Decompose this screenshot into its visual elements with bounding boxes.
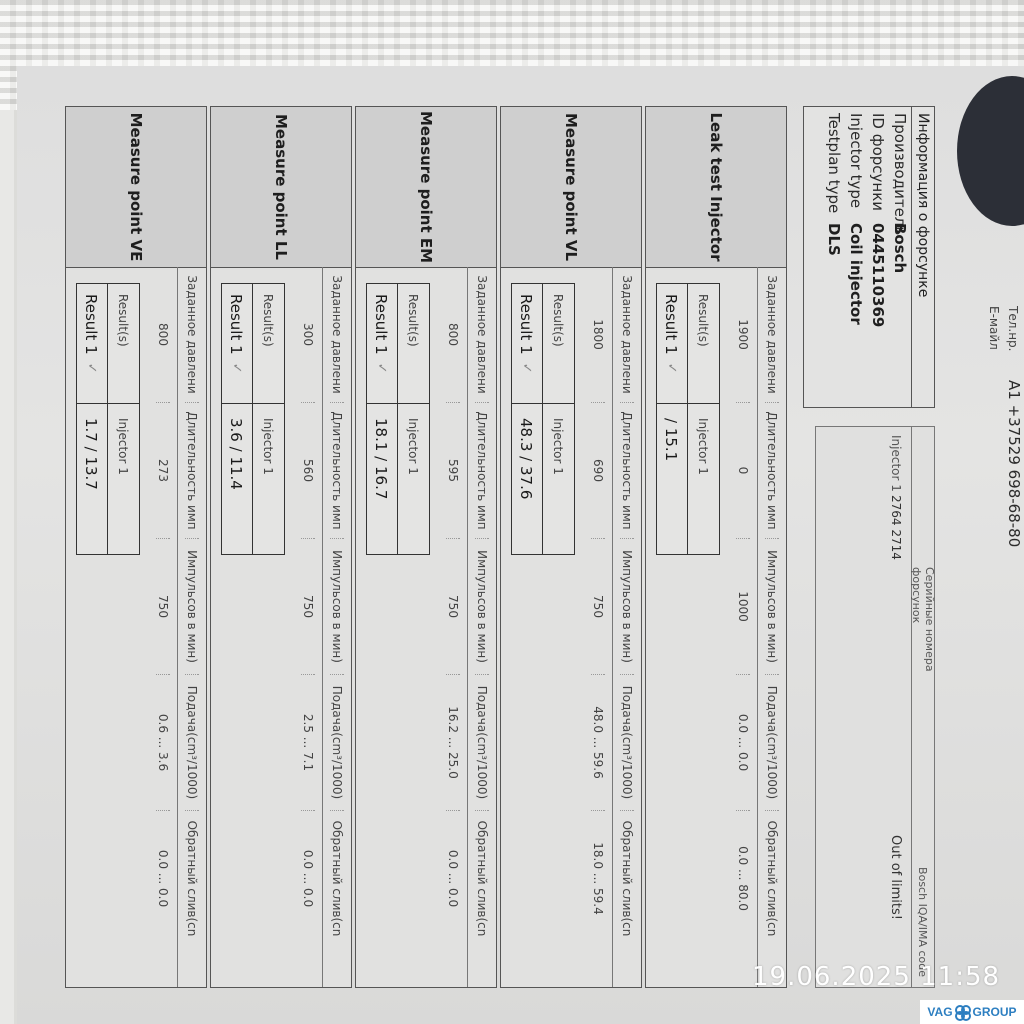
phone-value: A1 +37529 698-68-80 [1005,380,1023,547]
serial-number: 2764 2714 [888,495,903,835]
param-value: 690 [591,403,605,539]
test-parameters: Заданное давлениДлительность импИмпульсо… [581,267,641,987]
param-value: 273 [156,403,170,539]
param-header: Обратный слив(cn [475,811,489,946]
results-table: Result(s) Injector 1 Result 1 ✓ 48.3 / 3… [511,283,575,555]
info-label: Производитель [891,113,909,223]
info-row-injector-type: Injector type Coil injector [845,107,867,407]
results-table: Result(s) Injector 1 Result 1 ✓ 18.1 / 1… [366,283,430,555]
result-label-cell: Result 1 ✓ [656,284,687,404]
watermark-left: VAG [927,1005,952,1019]
param-header: Длительность имп [620,403,634,539]
param-header: Обратный слив(cn [185,811,199,946]
result-value: 1.7 / 13.7 [76,404,107,554]
param-value: 560 [301,403,315,539]
param-value: 0.0 ... 0.0 [301,811,315,946]
injector-info-title: Информация о форсунке [911,107,934,407]
param-value: 595 [446,403,460,539]
param-header: Длительность имп [475,403,489,539]
rings-logo-icon [955,1005,971,1019]
info-row-testplan-type: Testplan type DLS [823,107,845,407]
param-header: Импульсов в мин) [765,539,779,675]
test-section: Measure point VL Заданное давлениДлитель… [500,106,642,988]
param-value: 0.6 ... 3.6 [156,675,170,811]
param-value: 1000 [736,539,750,675]
info-value: DLS [825,223,843,256]
results-header: Result(s) [108,284,139,404]
info-value: Coil injector [847,223,865,325]
result-label-cell: Result 1 ✓ [221,284,252,404]
test-section: Measure point EM Заданное давлениДлитель… [355,106,497,988]
param-header: Импульсов в мин) [330,539,344,675]
param-value: 300 [301,267,315,403]
result-label: Result 1 [663,294,681,355]
info-row-manufacturer: Производитель Bosch [889,107,911,407]
info-label: Testplan type [825,113,843,223]
results-table: Result(s) Injector 1 Result 1 ✓ 1.7 / 13… [76,283,140,555]
photo-timestamp: 19.06.2025 11:58 [752,962,1000,992]
result-label-cell: Result 1 ✓ [366,284,397,404]
serial-numbers-box: Серийные номера форсунок Bosch IQA/IMA c… [815,426,935,988]
param-header: Длительность имп [185,403,199,539]
param-header: Импульсов в мин) [185,539,199,675]
results-header: Result(s) [543,284,574,404]
result-value: / 15.1 [656,404,687,554]
serial-injector-label: Injector 1 [888,435,903,495]
info-label: ID форсунки [869,113,887,223]
results-header: Result(s) [253,284,284,404]
checkmark-icon: ✓ [519,363,534,374]
param-value: 1800 [591,267,605,403]
param-header: Заданное давлени [185,267,199,403]
param-value: 18.0 ... 59.4 [591,811,605,946]
param-value: 0.0 ... 0.0 [156,811,170,946]
test-parameters: Заданное давлениДлительность импИмпульсо… [146,267,206,987]
injector-header: Injector 1 [543,404,574,554]
iqa-header: Bosch IQA/IMA code [917,697,930,987]
param-header: Обратный слив(cn [330,811,344,946]
param-header: Импульсов в мин) [620,539,634,675]
param-value: 0.0 ... 0.0 [736,675,750,811]
param-value: 800 [156,267,170,403]
result-label: Result 1 [518,294,536,355]
param-header: Обратный слив(cn [620,811,634,946]
param-value: 0.0 ... 80.0 [736,811,750,946]
param-value: 48.0 ... 59.6 [591,675,605,811]
injector-header: Injector 1 [253,404,284,554]
param-header: Заданное давлени [620,267,634,403]
test-name: Leak test Injector [646,107,786,268]
param-value: 750 [446,539,460,675]
result-value: 3.6 / 11.4 [221,404,252,554]
results-header: Result(s) [688,284,719,404]
param-value: 0 [736,403,750,539]
injector-header: Injector 1 [688,404,719,554]
test-report-page: Минск ул.Карвата 88 Тел.нр. A1 +37529 69… [17,66,1024,1024]
param-value: 1900 [736,267,750,403]
test-name: Measure point VL [501,107,641,268]
param-header: Длительность имп [330,403,344,539]
param-header: Заданное давлени [330,267,344,403]
test-section: Measure point VE Заданное давлениДлитель… [65,106,207,988]
param-value: 750 [156,539,170,675]
result-label-cell: Result 1 ✓ [76,284,107,404]
result-label: Result 1 [373,294,391,355]
test-name: Measure point EM [356,107,496,268]
test-parameters: Заданное давлениДлительность импИмпульсо… [291,267,351,987]
param-header: Заданное давлени [475,267,489,403]
param-value: 0.0 ... 0.0 [446,811,460,946]
info-row-injector-id: ID форсунки 0445110369 [867,107,889,407]
contact-block: Минск ул.Карвата 88 Тел.нр. A1 +37529 69… [983,306,1023,547]
param-value: 750 [591,539,605,675]
checkmark-icon: ✓ [374,363,389,374]
info-label: Injector type [847,113,865,223]
info-value: Bosch [891,223,909,273]
injector-header: Injector 1 [398,404,429,554]
injector-info-box: Информация о форсунке Производитель Bosc… [803,106,935,408]
checkmark-icon: ✓ [84,363,99,374]
param-value: 16.2 ... 25.0 [446,675,460,811]
param-header: Подача(cm³/1000) [330,675,344,811]
test-name: Measure point LL [211,107,351,268]
param-header: Импульсов в мин) [475,539,489,675]
results-header: Result(s) [398,284,429,404]
param-header: Длительность имп [765,403,779,539]
param-value: 750 [301,539,315,675]
phone-label: Тел.нр. [1006,306,1020,366]
test-name: Measure point VE [66,107,206,268]
checkmark-icon: ✓ [664,363,679,374]
company-logo [957,76,1024,226]
serials-header: Серийные номера форсунок [910,427,936,697]
iqa-status: Out of limits! [888,835,903,979]
param-header: Подача(cm³/1000) [620,675,634,811]
info-value: 0445110369 [869,223,887,327]
param-header: Обратный слив(cn [765,811,779,946]
test-parameters: Заданное давлениДлительность импИмпульсо… [726,267,786,987]
checkmark-icon: ✓ [229,363,244,374]
result-label: Result 1 [228,294,246,355]
result-label-cell: Result 1 ✓ [511,284,542,404]
param-header: Подача(cm³/1000) [185,675,199,811]
param-header: Подача(cm³/1000) [765,675,779,811]
test-parameters: Заданное давлениДлительность импИмпульсо… [436,267,496,987]
result-value: 48.3 / 37.6 [511,404,542,554]
param-value: 2.5 ... 7.1 [301,675,315,811]
email-label: E-майл [987,306,1001,366]
test-section: Leak test Injector Заданное давлениДлите… [645,106,787,988]
param-value: 800 [446,267,460,403]
results-table: Result(s) Injector 1 Result 1 ✓ / 15.1 [656,283,720,555]
vag-group-watermark: VAG GROUP [920,1000,1024,1024]
watermark-right: GROUP [973,1005,1017,1019]
injector-header: Injector 1 [108,404,139,554]
test-section: Measure point LL Заданное давлениДлитель… [210,106,352,988]
result-label: Result 1 [83,294,101,355]
result-value: 18.1 / 16.7 [366,404,397,554]
param-header: Подача(cm³/1000) [475,675,489,811]
param-header: Заданное давлени [765,267,779,403]
results-table: Result(s) Injector 1 Result 1 ✓ 3.6 / 11… [221,283,285,555]
